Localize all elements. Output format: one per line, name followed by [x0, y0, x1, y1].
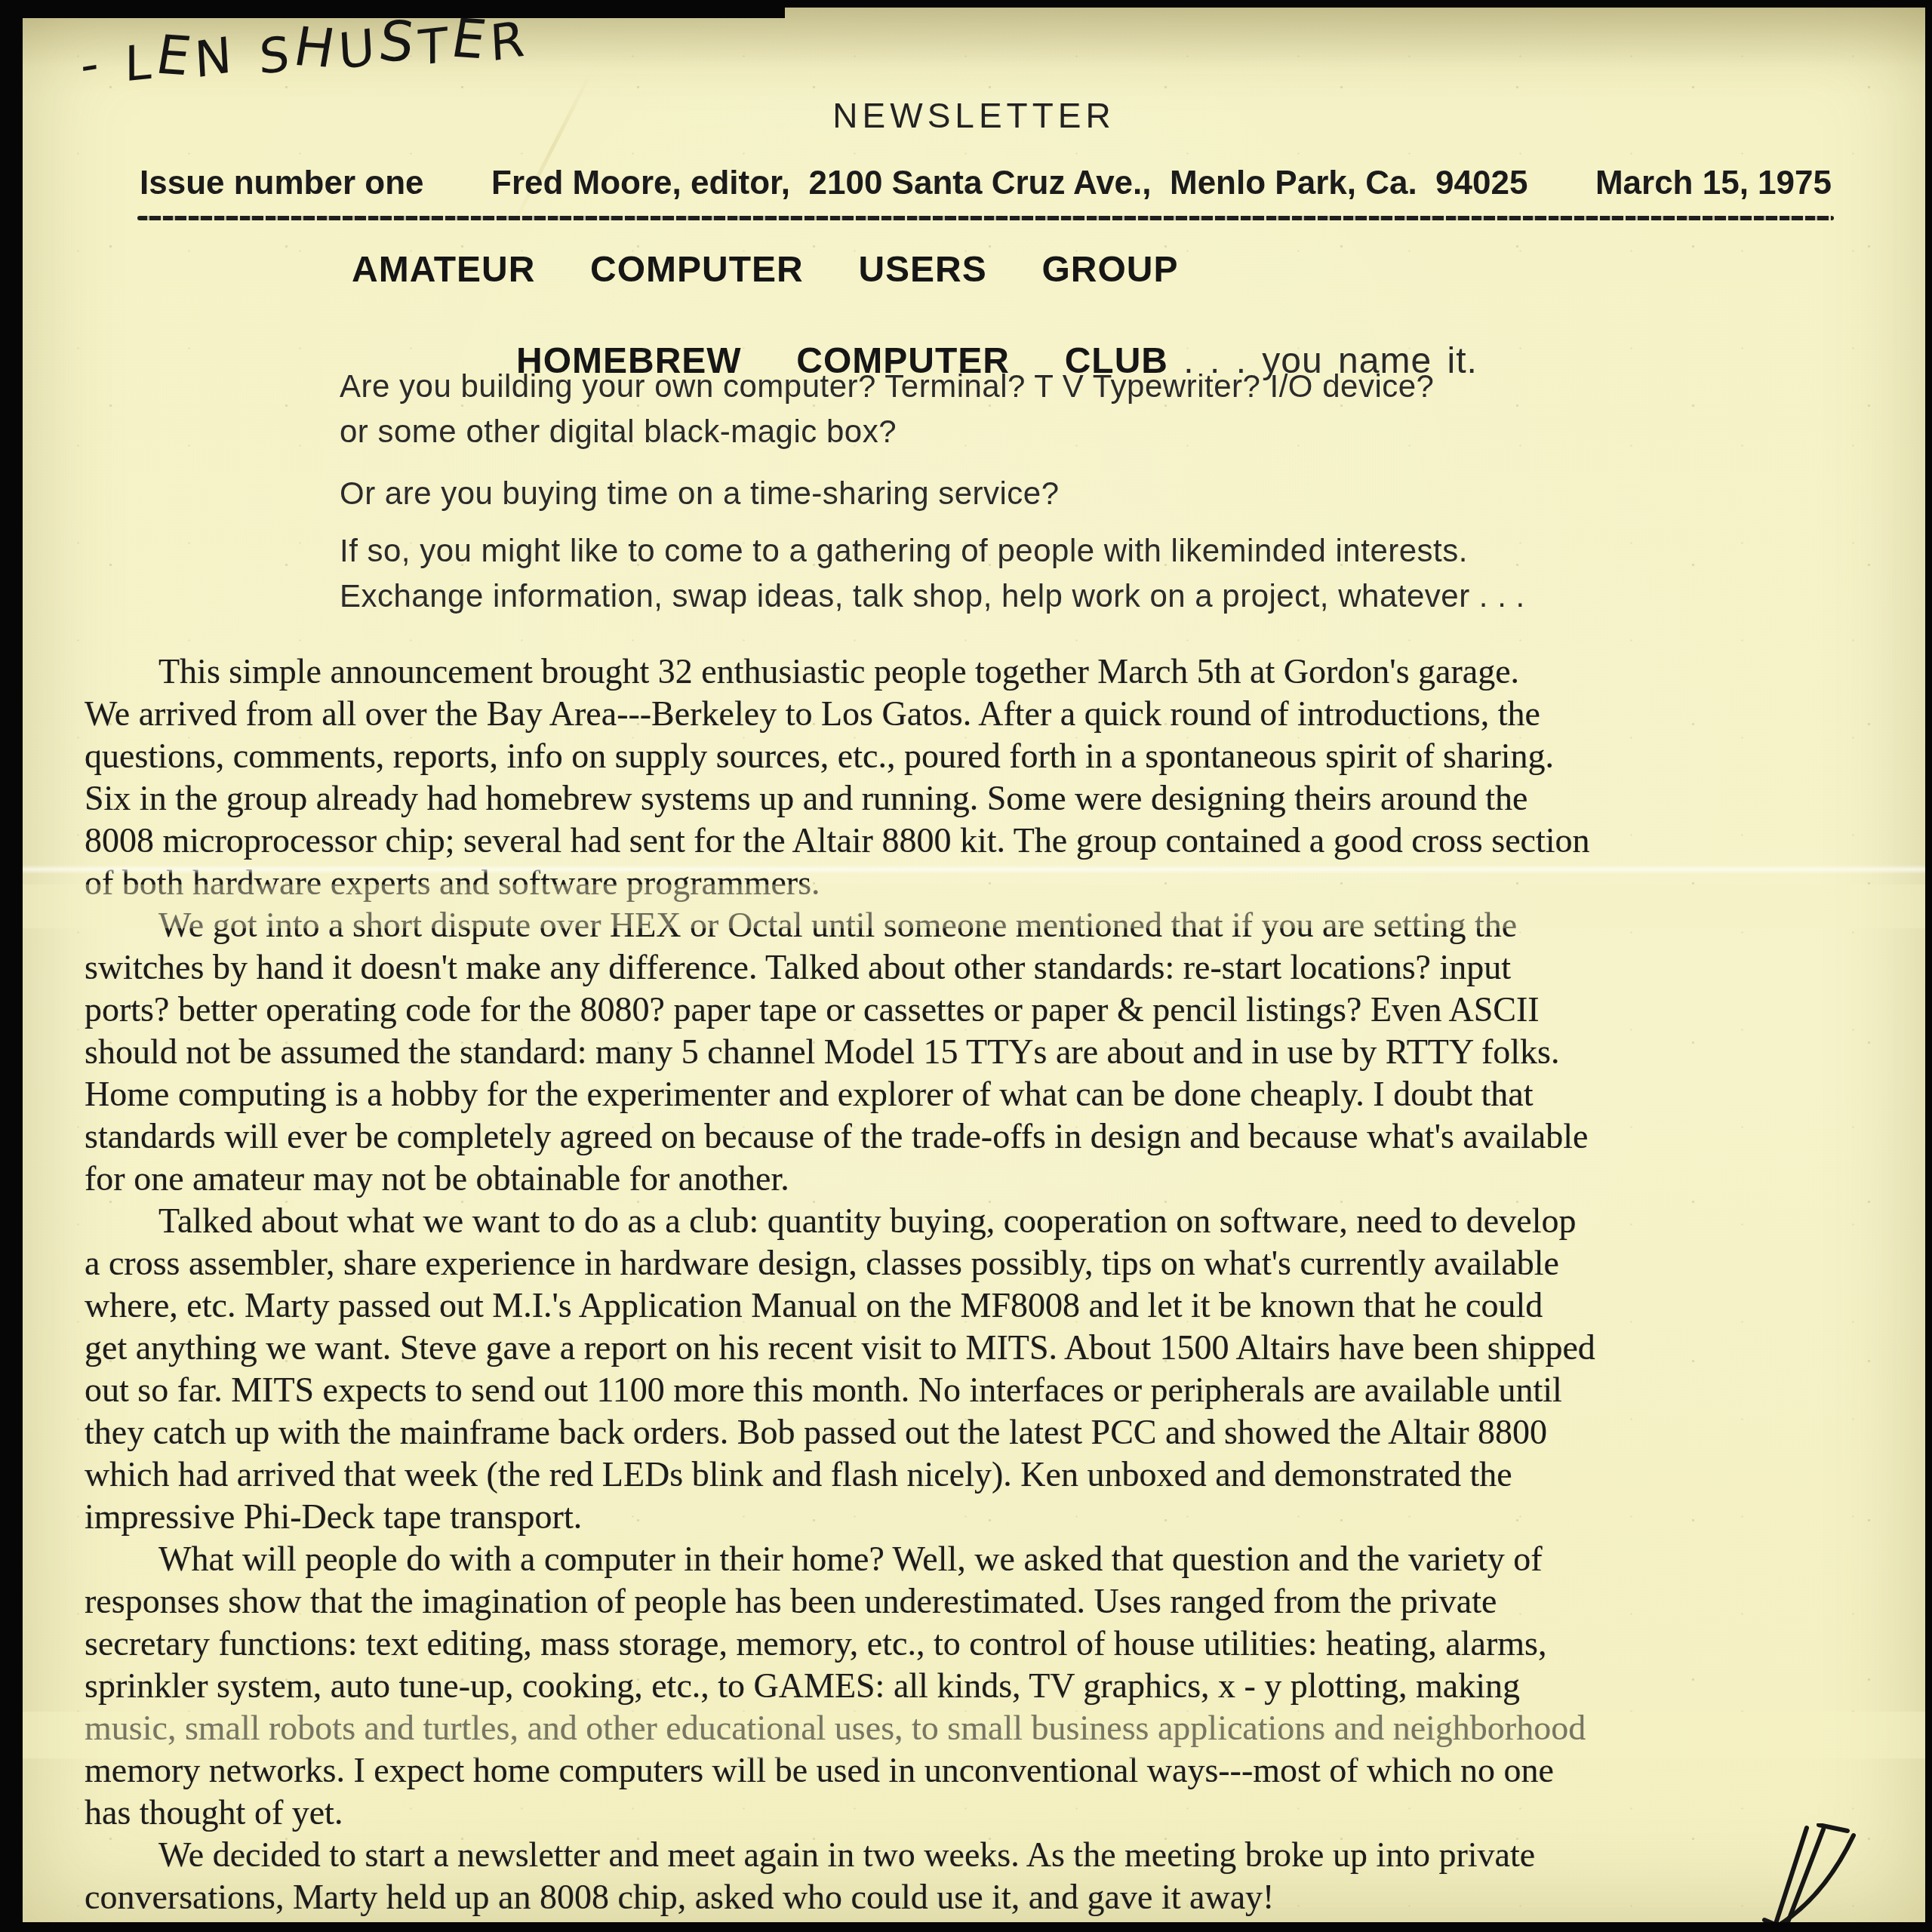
text-line: out so far. MITS expects to send out 110…: [85, 1369, 1905, 1411]
text-line: We decided to start a newsletter and mee…: [85, 1834, 1905, 1876]
issue-line: Issue number one Fred Moore, editor, 210…: [140, 165, 1832, 202]
text-line: of both hardware experts and software pr…: [85, 862, 1905, 904]
text-line: has thought of yet.: [85, 1792, 1905, 1834]
text-line: This simple announcement brought 32 enth…: [85, 651, 1905, 693]
text-line: If so, you might like to come to a gathe…: [340, 528, 1525, 574]
text-line: questions, comments, reports, info on su…: [85, 735, 1905, 777]
intro-invitation: If so, you might like to come to a gathe…: [340, 528, 1525, 619]
text-line: standards will ever be completely agreed…: [85, 1115, 1905, 1158]
text-line: We arrived from all over the Bay Area---…: [85, 693, 1905, 735]
text-line: 8008 microprocessor chip; several had se…: [85, 820, 1905, 862]
issue-number: Issue number one: [140, 165, 424, 202]
text-line: memory networks. I expect home computers…: [85, 1749, 1905, 1792]
paragraph-standards-dispute: We got into a short dispute over HEX or …: [85, 904, 1905, 1200]
text-line: What will people do with a computer in t…: [85, 1538, 1905, 1580]
newsletter-masthead: NEWSLETTER: [23, 95, 1925, 136]
paragraph-club-goals: Talked about what we want to do as a clu…: [85, 1200, 1905, 1538]
paragraph-home-computer-uses: What will people do with a computer in t…: [85, 1538, 1905, 1834]
intro-question-building: Are you building your own computer? Term…: [340, 364, 1434, 454]
text-line: where, etc. Marty passed out M.I.'s Appl…: [85, 1284, 1905, 1327]
issue-date: March 15, 1975: [1595, 165, 1832, 202]
text-line: ports? better operating code for the 808…: [85, 989, 1905, 1031]
text-line: which had arrived that week (the red LED…: [85, 1454, 1905, 1496]
text-line: a cross assembler, share experience in h…: [85, 1242, 1905, 1284]
paragraph-closing: We decided to start a newsletter and mee…: [85, 1834, 1905, 1918]
header-rule: [137, 216, 1834, 220]
body-text: This simple announcement brought 32 enth…: [85, 651, 1905, 1918]
text-line: sprinkler system, auto tune-up, cooking,…: [85, 1665, 1905, 1707]
text-line: Six in the group already had homebrew sy…: [85, 777, 1905, 820]
text-line: responses show that the imagination of p…: [85, 1580, 1905, 1623]
intro-question-timesharing: Or are you buying time on a time-sharing…: [340, 471, 1060, 516]
text-line: conversations, Marty held up an 8008 chi…: [85, 1876, 1905, 1918]
title-line-amateur-computer-users-group: AMATEUR COMPUTER USERS GROUP: [352, 249, 1178, 291]
text-line: Are you building your own computer? Term…: [340, 364, 1434, 409]
text-line: switches by hand it doesn't make any dif…: [85, 946, 1905, 989]
text-line: Home computing is a hobby for the experi…: [85, 1073, 1905, 1115]
editor-address: Fred Moore, editor, 2100 Santa Cruz Ave.…: [491, 165, 1527, 202]
text-line: Or are you buying time on a time-sharing…: [340, 471, 1060, 516]
text-line: We got into a short dispute over HEX or …: [85, 904, 1905, 946]
text-line: secretary functions: text editing, mass …: [85, 1623, 1905, 1665]
paragraph-meeting-report: This simple announcement brought 32 enth…: [85, 651, 1905, 904]
scanned-newsletter-page: - LEN SHUSTER NEWSLETTER Issue number on…: [0, 0, 1932, 1932]
paper: - LEN SHUSTER NEWSLETTER Issue number on…: [23, 8, 1925, 1922]
handwritten-doodle: [1734, 1823, 1893, 1922]
text-line: for one amateur may not be obtainable fo…: [85, 1158, 1905, 1200]
text-line: they catch up with the mainframe back or…: [85, 1411, 1905, 1454]
text-line: impressive Phi-Deck tape transport.: [85, 1496, 1905, 1538]
text-line: should not be assumed the standard: many…: [85, 1031, 1905, 1073]
handwritten-name-annotation: - LEN SHUSTER: [78, 8, 531, 94]
text-line: music, small robots and turtles, and oth…: [85, 1707, 1905, 1749]
text-line: get anything we want. Steve gave a repor…: [85, 1327, 1905, 1369]
text-line: or some other digital black-magic box?: [340, 409, 1434, 454]
text-line: Exchange information, swap ideas, talk s…: [340, 574, 1525, 619]
text-line: Talked about what we want to do as a clu…: [85, 1200, 1905, 1242]
